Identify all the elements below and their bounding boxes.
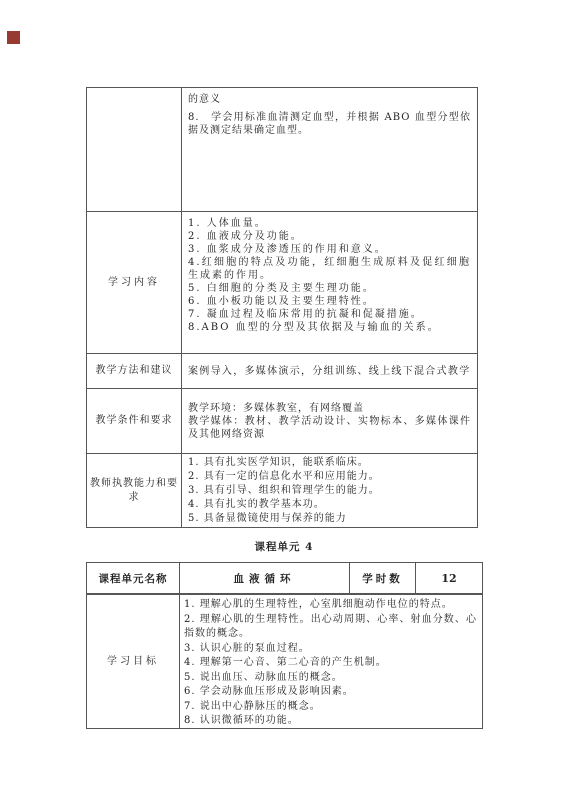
goal-line: 7. 说出中心静脉压的概念。 [184,700,477,715]
table-row: 学习内容 1. 人体血量。 2. 血液成分及功能。 3. 血浆成分及渗透压的作用… [87,211,477,353]
content-line: 2. 具有一定的信息化水平和应用能力。 [188,470,471,484]
goal-line: 4. 理解第一心音、第二心音的产生机制。 [184,656,477,671]
content-line: 2. 血液成分及功能。 [188,230,471,243]
content-line: 教学环境：多媒体教室，有网络覆盖 [188,402,471,415]
content-line: 教学媒体：教材、教学活动设计、实物标本、多媒体课件及其他网络资源 [188,415,471,441]
content-line: 3. 血浆成分及渗透压的作用和意义。 [188,243,471,256]
goal-line: 5. 说出血压、动脉血压的概念。 [184,671,477,686]
label-learning-content: 学习内容 [87,212,182,353]
hours-value-cell: 12 [416,563,482,593]
content-line: 5. 白细胞的分类及主要生理功能。 [188,282,471,295]
content-line: 4. 具有扎实的教学基本功。 [188,498,471,512]
table-row: 的意义 8. 学会用标准血清测定血型，并根据 ABO 血型分型依据及测定结果确定… [87,88,477,211]
goal-line: 6. 学会动脉血压形成及影响因素。 [184,685,477,700]
content-teaching-methods: 案例导入，多媒体演示，分组训练、线上线下混合式教学 [182,354,477,388]
course-unit4-table: 课程单元名称 血液循环 学时数 12 学习目标 1. 理解心肌的生理特性，心室肌… [86,562,483,729]
content-line: 案例导入，多媒体演示，分组训练、线上线下混合式教学 [188,365,471,378]
content-line: 5. 具备显微镜使用与保养的能力 [188,512,471,526]
goal-line: 3. 认识心脏的泵血过程。 [184,642,477,657]
content-line: 3. 具有引导、组织和管理学生的能力。 [188,484,471,498]
content-line: 1. 具有扎实医学知识，能联系临床。 [188,456,471,470]
table-row: 教师执教能力和要求 1. 具有扎实医学知识，能联系临床。 2. 具有一定的信息化… [87,453,477,527]
content-learning-content: 1. 人体血量。 2. 血液成分及功能。 3. 血浆成分及渗透压的作用和意义。 … [182,212,477,353]
goals-label-cell: 学习目标 [87,595,180,728]
content-line: 8.ABO 血型的分型及其依据及与输血的关系。 [188,321,471,334]
label-teaching-conditions: 教学条件和要求 [87,389,182,453]
unit-name-value-cell: 血液循环 [180,563,350,593]
red-marker [7,31,20,44]
table-row: 教学条件和要求 教学环境：多媒体教室，有网络覆盖 教学媒体：教材、教学活动设计、… [87,388,477,453]
unit-name-label-cell: 课程单元名称 [87,563,180,593]
hours-label-cell: 学时数 [350,563,416,593]
course-unit3-table: 的意义 8. 学会用标准血清测定血型，并根据 ABO 血型分型依据及测定结果确定… [86,87,478,528]
content-teacher-abilities: 1. 具有扎实医学知识，能联系临床。 2. 具有一定的信息化水平和应用能力。 3… [182,454,477,527]
table-body-row: 学习目标 1. 理解心肌的生理特性，心室肌细胞动作电位的特点。 2. 理解心肌的… [87,593,482,728]
content-objectives-continued: 的意义 8. 学会用标准血清测定血型，并根据 ABO 血型分型依据及测定结果确定… [182,88,477,211]
goal-line: 2. 理解心肌的生理特性。出心动周期、心率、射血分数、心指数的概念。 [184,613,477,642]
document-page: 的意义 8. 学会用标准血清测定血型，并根据 ABO 血型分型依据及测定结果确定… [0,0,566,800]
content-line: 6. 血小板功能以及主要生理特性。 [188,295,471,308]
content-line: 8. 学会用标准血清测定血型，并根据 ABO 血型分型依据及测定结果确定血型。 [188,111,471,137]
goals-content-cell: 1. 理解心肌的生理特性，心室肌细胞动作电位的特点。 2. 理解心肌的生理特性。… [180,595,482,728]
label-empty [87,88,182,211]
content-line: 4.红细胞的特点及功能，红细胞生成原料及促红细胞生成素的作用。 [188,256,471,282]
content-line: 1. 人体血量。 [188,217,471,230]
section-title-unit4: 课程单元 4 [86,539,482,554]
label-teacher-abilities: 教师执教能力和要求 [87,454,182,527]
goal-line: 1. 理解心肌的生理特性，心室肌细胞动作电位的特点。 [184,598,477,613]
content-line: 7. 凝血过程及临床常用的抗凝和促凝措施。 [188,308,471,321]
label-teaching-methods: 教学方法和建议 [87,354,182,388]
content-line: 的意义 [188,93,471,106]
table-row: 教学方法和建议 案例导入，多媒体演示，分组训练、线上线下混合式教学 [87,353,477,388]
goal-line: 8. 认识微循环的功能。 [184,714,477,729]
content-teaching-conditions: 教学环境：多媒体教室，有网络覆盖 教学媒体：教材、教学活动设计、实物标本、多媒体… [182,389,477,453]
table-header-row: 课程单元名称 血液循环 学时数 12 [87,563,482,593]
